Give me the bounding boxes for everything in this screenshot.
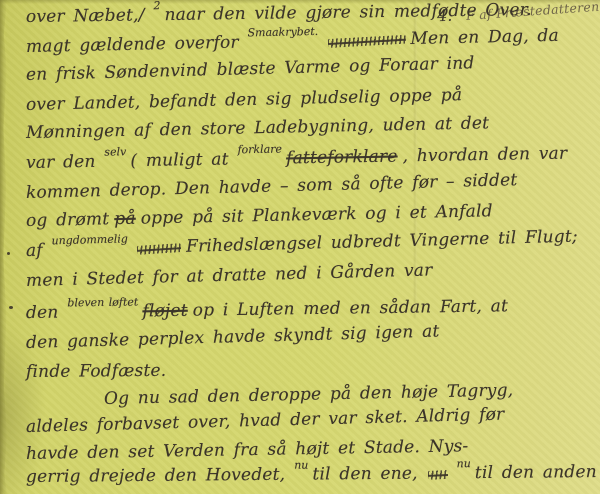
manuscript-line: havde den set Verden fra så højt et Stad… (26, 435, 474, 465)
interlinear-insertion: 2 (153, 0, 160, 12)
handwritten-text: til den ene, (312, 464, 417, 485)
handwritten-text: finde Fodfæste. (26, 361, 166, 382)
ink-speck (7, 252, 10, 255)
scribbled-out-word (137, 243, 181, 255)
interlinear-insertion: bleven løftet (67, 295, 138, 309)
struck-out-word: fløjet (142, 301, 188, 322)
manuscript-line: over Landet, befandt den sig pludselig o… (26, 84, 468, 116)
manuscript-line: og drømtpåoppe på sit Plankeværk og i et… (26, 200, 498, 232)
interlinear-insertion: nu (457, 457, 471, 470)
handwritten-text: Men en Dag, da (410, 26, 559, 49)
interlinear-insertion: ungdommelig (51, 232, 128, 247)
handwritten-text: Frihedslængsel udbredt Vingerne til Flug… (186, 227, 578, 257)
handwritten-text: naar den vilde gjøre sin medfødte Over. (164, 0, 531, 25)
handwritten-text: , hvordan den var (402, 144, 567, 167)
struck-out-word: på (114, 209, 136, 229)
interlinear-insertion: nu (294, 459, 308, 472)
manuscript-line: den ganske perplex havde skyndt sig igen… (26, 320, 445, 354)
interlinear-insertion: Smaakrybet. (247, 25, 318, 39)
handwritten-text: Mønningen af den store Ladebygning, uden… (26, 113, 490, 143)
handwritten-text: over Næbet,/ (26, 5, 145, 27)
manuscript-line: gerrig drejede den Hovedet,nutil den ene… (26, 461, 600, 490)
manuscript-line: afungdommeligFrihedslængsel udbredt Ving… (26, 225, 583, 264)
manuscript-line: magt gældende overforSmaakrybet.Men en D… (26, 25, 564, 60)
scribbled-out-word (428, 470, 448, 480)
interlinear-insertion: forklare (237, 143, 282, 157)
scribbled-out-word (327, 35, 405, 48)
handwritten-text: den (26, 303, 59, 323)
handwritten-text: gerrig drejede den Hovedet, (26, 465, 285, 487)
manuscript-line: men i Stedet for at dratte ned i Gården … (26, 259, 438, 292)
handwritten-text: og drømt (26, 209, 110, 231)
handwritten-text: ( muligt at (130, 149, 229, 171)
handwritten-text: kommen derop. Den havde – som så ofte fø… (26, 170, 518, 203)
handwritten-text: var den (26, 152, 96, 173)
handwritten-text: over Landet, befandt den sig pludselig o… (26, 85, 463, 115)
manuscript-scan: { "page": { "type": "handwritten-manuscr… (0, 0, 600, 494)
handwritten-text: oppe på sit Plankeværk og i et Anfald (141, 201, 493, 228)
manuscript-line: finde Fodfæste. (26, 360, 171, 383)
interlinear-insertion: selv (104, 145, 126, 158)
handwritten-text: men i Stedet for at dratte ned i Gården … (26, 260, 433, 291)
struck-out-word: fatteforklare (286, 147, 398, 169)
handwritten-text: den ganske perplex havde skyndt sig igen… (26, 321, 440, 353)
handwritten-text: havde den set Verden fra så højt et Stad… (26, 436, 469, 464)
ink-speck (9, 306, 13, 309)
manuscript-line: aldeles forbavset over, hvad der var ske… (26, 403, 510, 438)
handwritten-text: til den anden (475, 462, 597, 483)
handwritten-text: op i Luften med en sådan Fart, at (193, 296, 509, 320)
handwritten-text: af (26, 241, 43, 261)
handwritten-text: magt gældende overfor (26, 33, 239, 57)
manuscript-line: Mønningen af den store Ladebygning, uden… (26, 112, 495, 144)
handwritten-text: aldeles forbavset over, hvad der var ske… (26, 404, 505, 437)
paper-edge-left (0, 0, 7, 494)
